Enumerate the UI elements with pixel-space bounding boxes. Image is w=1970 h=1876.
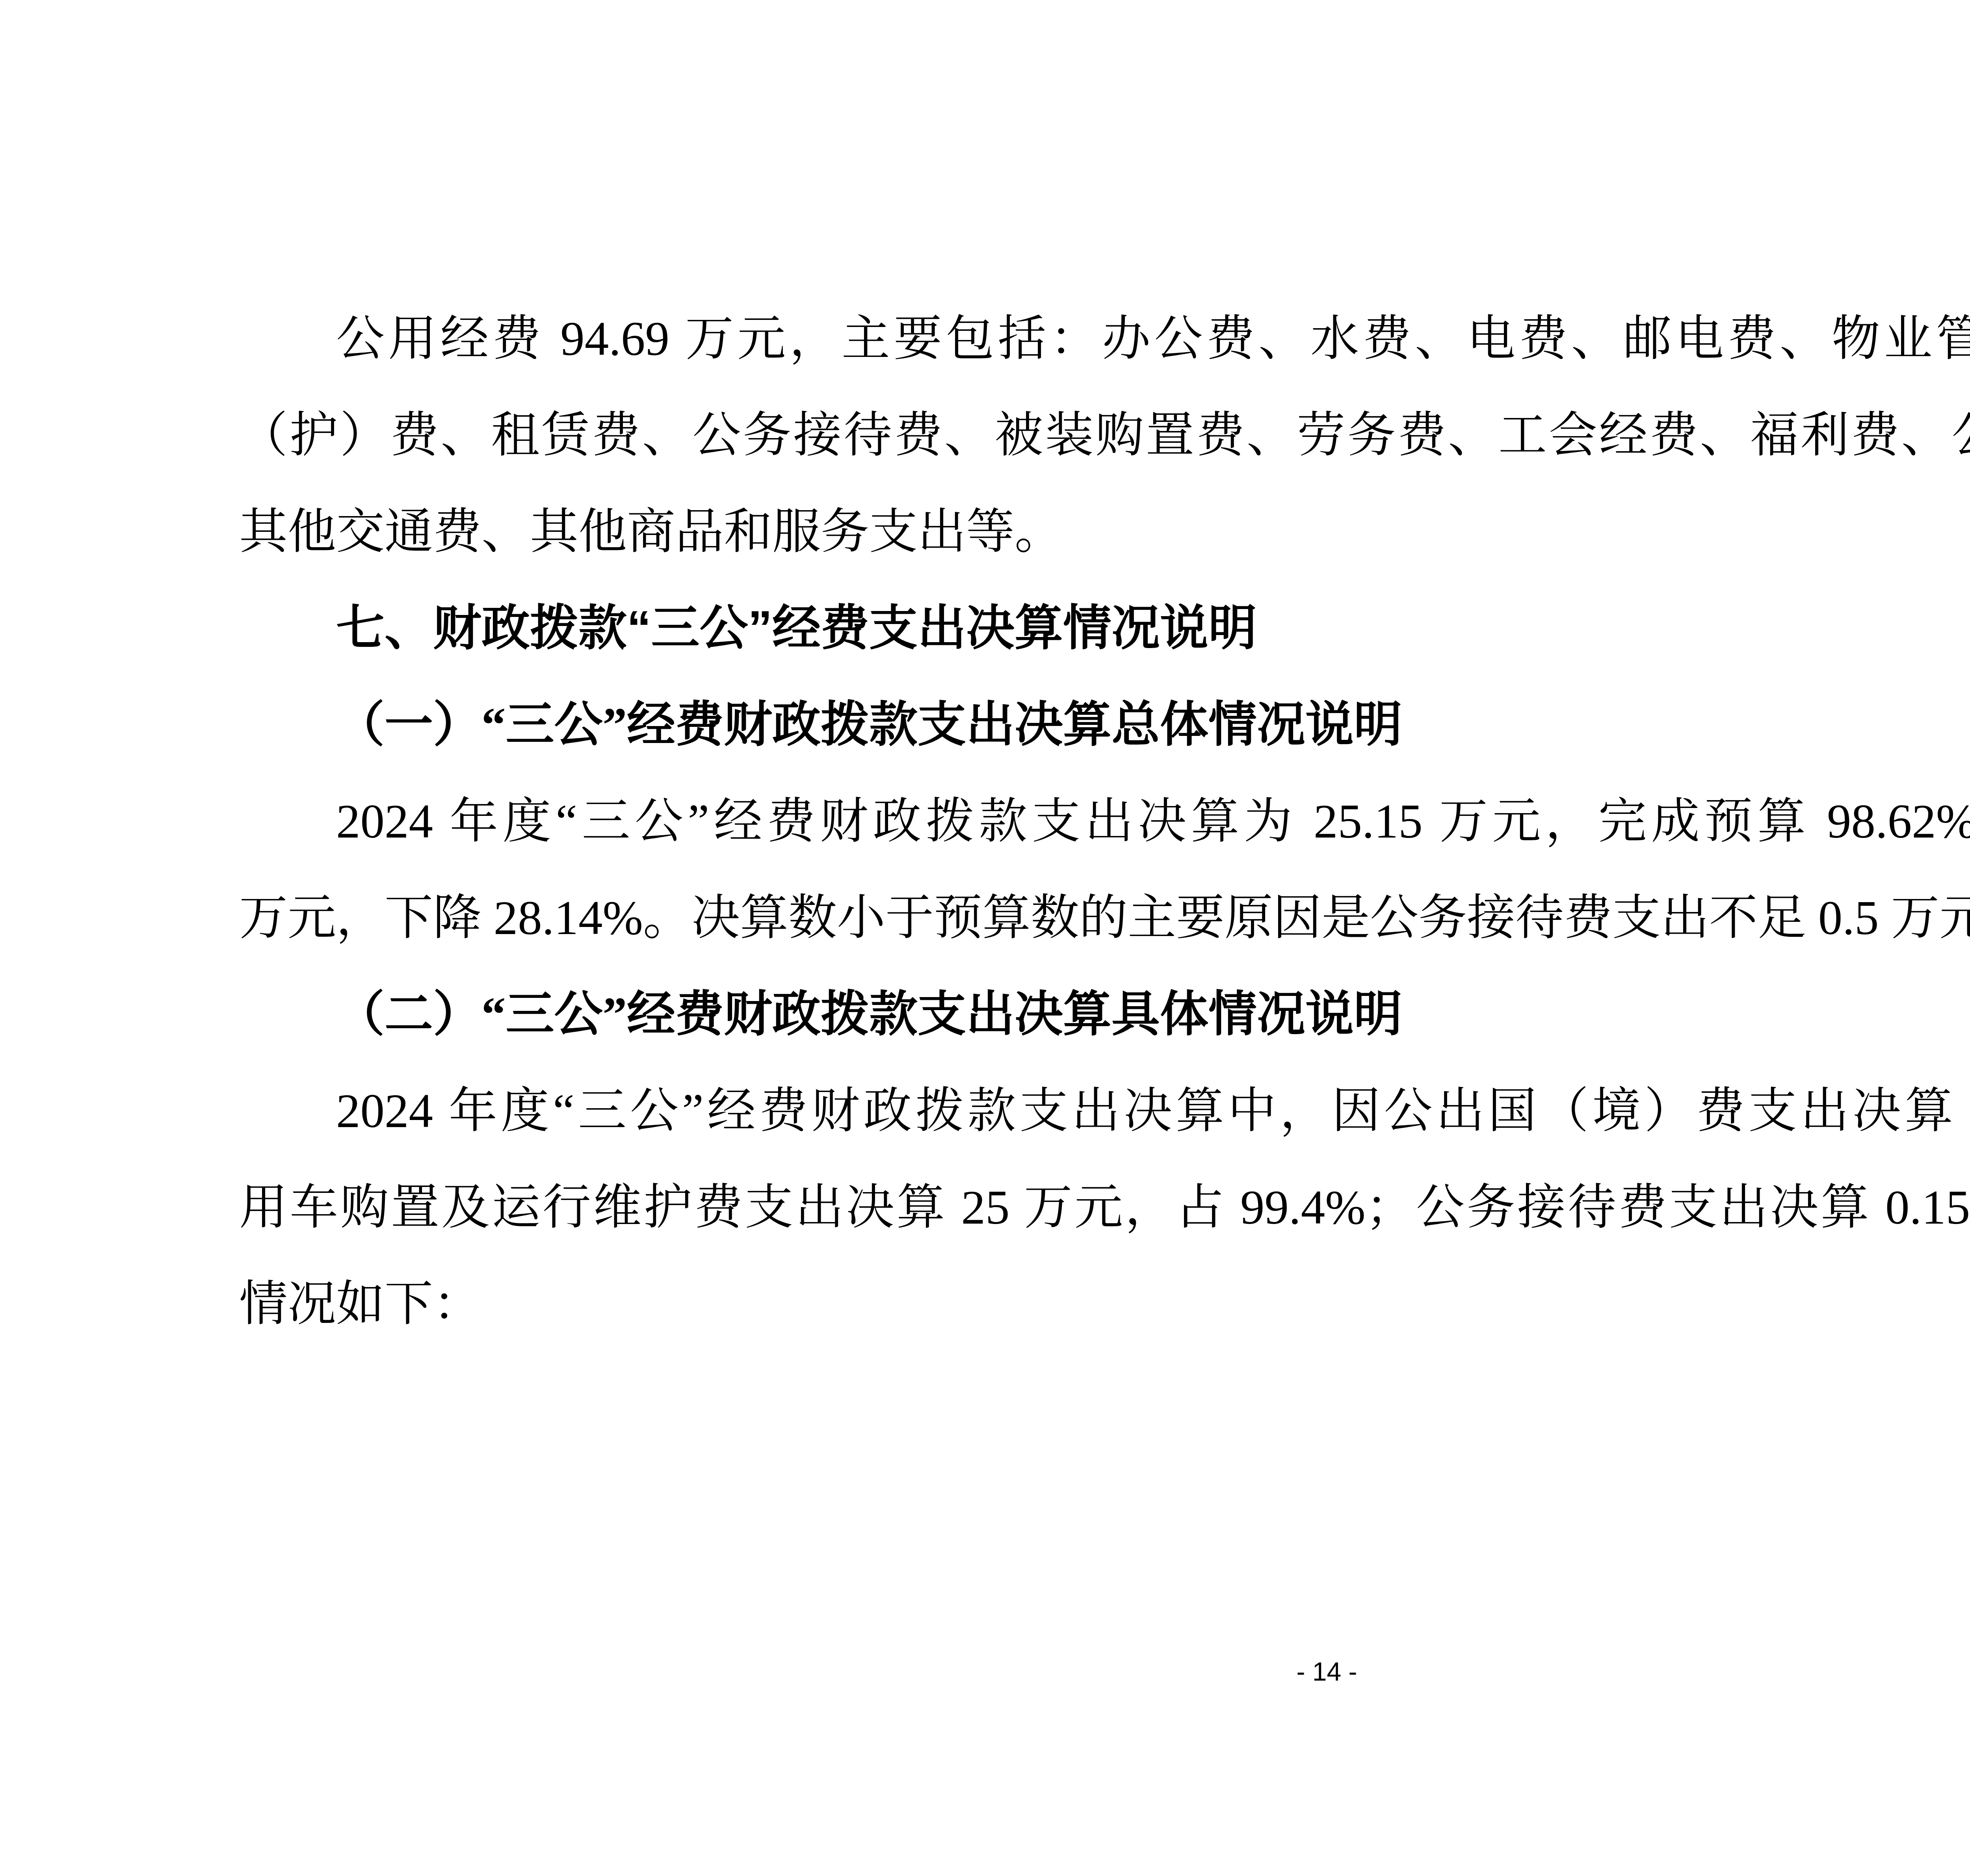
paragraph-detail-line-1: 2024 年度“三公”经费财政拨款支出决算中，因公出国（境）费支出决算 0 万元… [239, 1062, 1970, 1159]
document-page: 公用经费 94.69 万元，主要包括：办公费、水费、电费、邮电费、物业管理费、差… [0, 0, 1970, 1876]
section-heading-seven: 七、财政拨款“三公”经费支出决算情况说明 [239, 580, 1970, 676]
paragraph-public-funds-line-3: 其他交通费、其他商品和服务支出等。 [239, 483, 1970, 580]
paragraph-overall-line-2: 万元，下降 28.14%。决算数小于预算数的主要原因是公务接待费支出不足 0.5… [239, 869, 1970, 966]
paragraph-public-funds-line-1: 公用经费 94.69 万元，主要包括：办公费、水费、电费、邮电费、物业管理费、差… [239, 290, 1970, 387]
page-number: - 14 - [0, 1657, 1970, 1687]
subheading-two: （二）“三公”经费财政拨款支出决算具体情况说明 [239, 966, 1970, 1062]
paragraph-public-funds-line-2: （护）费、租赁费、公务接待费、被装购置费、劳务费、工会经费、福利费、公务用车运行… [239, 387, 1970, 483]
subheading-one: （一）“三公”经费财政拨款支出决算总体情况说明 [239, 676, 1970, 773]
page-body-text: 公用经费 94.69 万元，主要包括：办公费、水费、电费、邮电费、物业管理费、差… [239, 290, 1970, 1352]
paragraph-detail-line-3: 情况如下： [239, 1256, 1970, 1352]
paragraph-detail-line-2: 用车购置及运行维护费支出决算 25 万元，占 99.4%；公务接待费支出决算 0… [239, 1159, 1970, 1256]
paragraph-overall-line-1: 2024 年度“三公”经费财政拨款支出决算为 25.15 万元，完成预算 98.… [239, 773, 1970, 869]
